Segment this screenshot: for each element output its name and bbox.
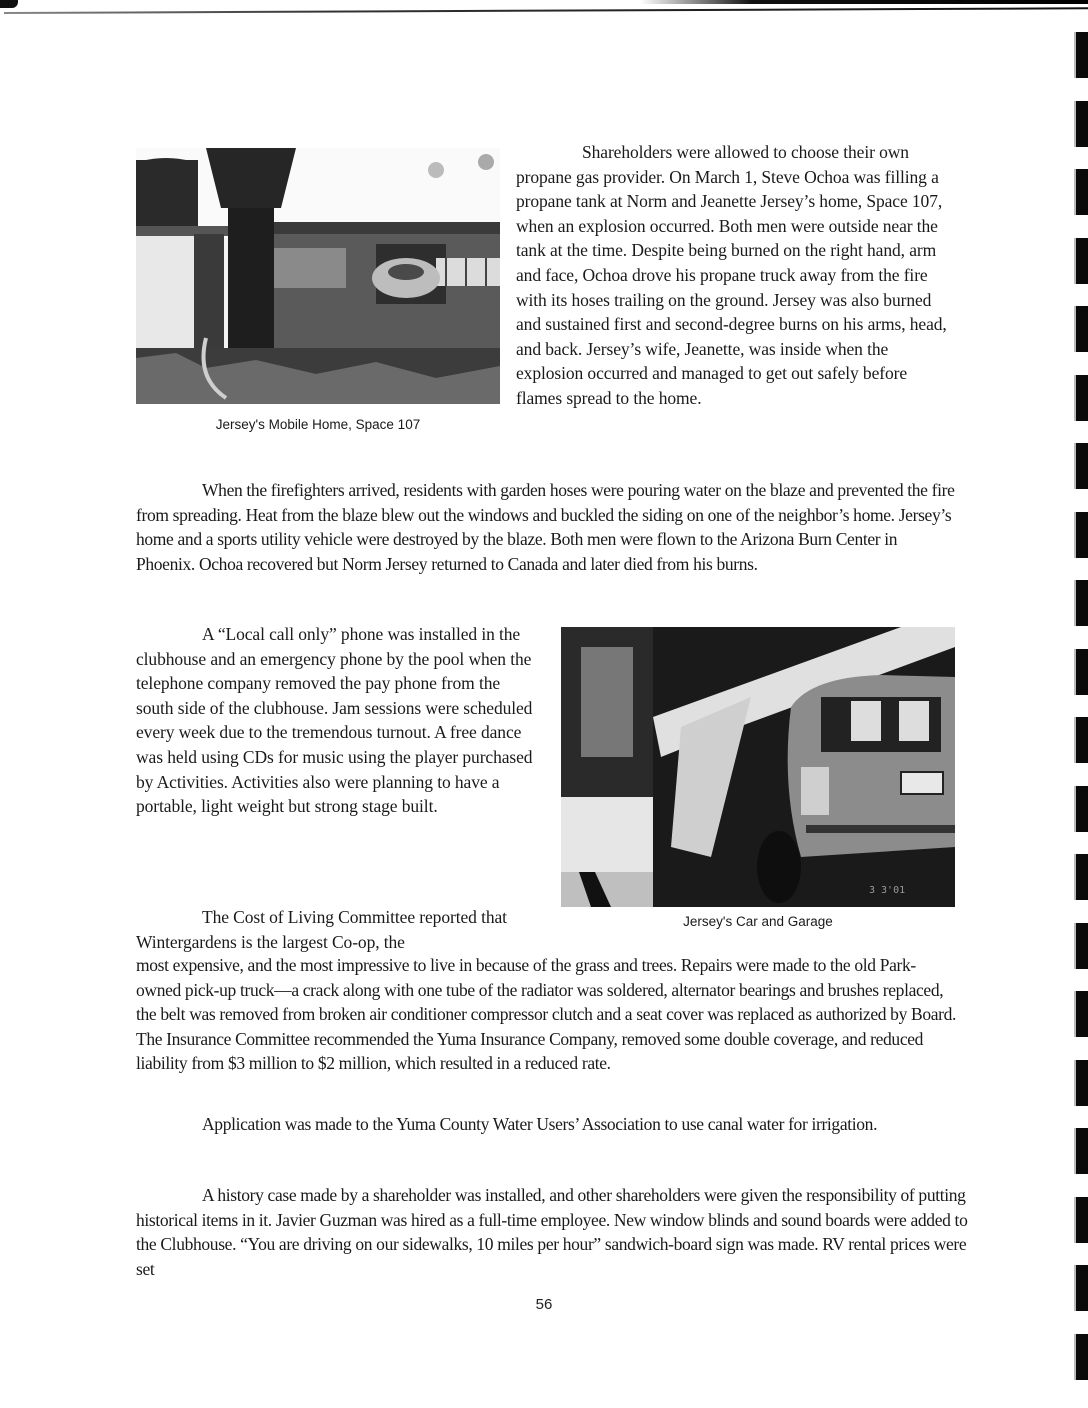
paragraph-cost-of-living-continued: most expensive, and the most impressive … (136, 953, 958, 1076)
scan-top-edge-shadow (640, 0, 1088, 4)
paragraph-firefighters: When the firefighters arrived, residents… (136, 478, 956, 576)
binding-hole-mark (1074, 717, 1088, 763)
scan-corner-mark (0, 0, 18, 8)
binding-hole-mark (1074, 101, 1088, 147)
binding-hole-mark (1074, 443, 1088, 489)
paragraph-local-call-phone: A “Local call only” phone was installed … (136, 622, 540, 819)
binding-hole-mark (1074, 923, 1088, 969)
binding-hole-mark (1074, 1334, 1088, 1380)
binding-hole-mark (1074, 1128, 1088, 1174)
paragraph-cost-of-living-start: The Cost of Living Committee reported th… (136, 905, 548, 954)
binding-hole-mark (1074, 1197, 1088, 1243)
binding-hole-mark (1074, 991, 1088, 1037)
binding-hole-mark (1074, 375, 1088, 421)
binding-hole-mark (1074, 854, 1088, 900)
binding-hole-mark (1074, 649, 1088, 695)
binding-hole-mark (1074, 580, 1088, 626)
binding-hole-mark (1074, 238, 1088, 284)
mobile-home-photo (136, 148, 500, 404)
binding-hole-mark (1074, 786, 1088, 832)
car-garage-photo: 3 3'01 (561, 627, 955, 907)
paragraph-canal-water: Application was made to the Yuma County … (136, 1112, 958, 1137)
binding-hole-mark (1074, 169, 1088, 215)
page-number: 56 (0, 1296, 1088, 1313)
mobile-home-caption: Jersey's Mobile Home, Space 107 (136, 417, 500, 432)
car-garage-caption: Jersey's Car and Garage (561, 914, 955, 929)
scan-top-rule (4, 7, 1088, 14)
paragraph-propane-explosion: Shareholders were allowed to choose thei… (516, 140, 956, 411)
paragraph-history-case: A history case made by a shareholder was… (136, 1183, 978, 1281)
binding-hole-mark (1074, 512, 1088, 558)
binding-hole-mark (1074, 32, 1088, 78)
binding-hole-mark (1074, 1060, 1088, 1106)
photo-date-stamp: 3 3'01 (869, 885, 905, 896)
binding-hole-mark (1074, 306, 1088, 352)
